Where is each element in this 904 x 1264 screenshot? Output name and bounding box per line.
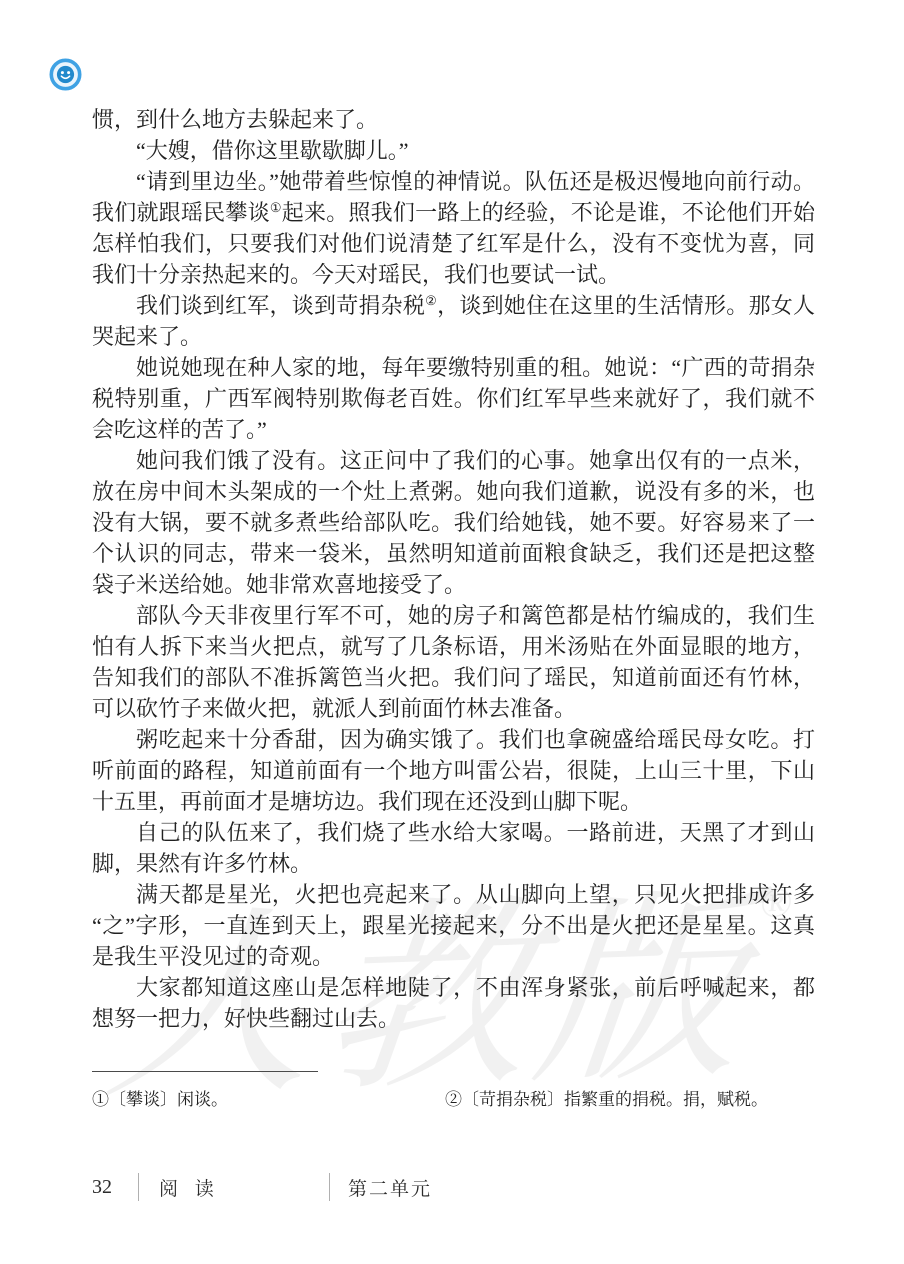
footnotes: ①〔攀谈〕闲谈。 ②〔苛捐杂税〕指繁重的捐税。捐，赋税。 [92, 1088, 815, 1112]
footer-divider-2 [329, 1173, 330, 1201]
paragraph: 大家都知道这座山是怎样地陡了，不由浑身紧张，前后呼喊起来，都想努一把力，好快些翻… [92, 972, 815, 1034]
footer-divider-1 [138, 1173, 139, 1201]
page-number: 32 [92, 1176, 138, 1199]
paragraph: 满天都是星光，火把也亮起来了。从山脚向上望，只见火把排成许多“之”字形，一直连到… [92, 879, 815, 972]
section-label: 阅 读 [159, 1174, 329, 1201]
paragraph: 自己的队伍来了，我们烧了些水给大家喝。一路前进，天黑了才到山脚，果然有许多竹林。 [92, 817, 815, 879]
footnote-ref: ② [425, 293, 437, 308]
paragraph: 粥吃起来十分香甜，因为确实饿了。我们也拿碗盛给瑶民母女吃。打听前面的路程，知道前… [92, 724, 815, 817]
unit-label: 第二单元 [348, 1174, 432, 1201]
footnote-2-text: 〔苛捐杂税〕指繁重的捐税。捐，赋税。 [462, 1090, 768, 1109]
footnote-divider [92, 1071, 318, 1072]
footnote-1-marker: ① [92, 1090, 109, 1109]
textbook-page: 人教版® 惯，到什么地方去躲起来了。“大嫂，借你这里歇歇脚儿。”“请到里边坐。”… [0, 0, 904, 1264]
footnote-1: ①〔攀谈〕闲谈。 [92, 1088, 445, 1112]
footnote-1-text: 〔攀谈〕闲谈。 [109, 1090, 228, 1109]
paragraph: 她问我们饿了没有。这正问中了我们的心事。她拿出仅有的一点米，放在房中间木头架成的… [92, 445, 815, 600]
body-text: 惯，到什么地方去躲起来了。“大嫂，借你这里歇歇脚儿。”“请到里边坐。”她带着些惊… [92, 104, 815, 1034]
paragraph: 我们谈到红军，谈到苛捐杂税②，谈到她住在这里的生活情形。那女人哭起来了。 [92, 290, 815, 352]
paragraph: 部队今天非夜里行军不可，她的房子和篱笆都是枯竹编成的，我们生怕有人拆下来当火把点… [92, 600, 815, 724]
footnote-ref: ① [270, 200, 282, 215]
page-footer: 32 阅 读 第二单元 [92, 1172, 815, 1202]
paragraph: “大嫂，借你这里歇歇脚儿。” [92, 135, 815, 166]
paragraph: 她说她现在种人家的地，每年要缴特别重的租。她说：“广西的苛捐杂税特别重，广西军阀… [92, 352, 815, 445]
smiley-face-icon[interactable] [49, 58, 82, 91]
footnote-2-marker: ② [445, 1090, 462, 1109]
paragraph: “请到里边坐。”她带着些惊惶的神情说。队伍还是极迟慢地向前行动。我们就跟瑶民攀谈… [92, 166, 815, 290]
footnote-2: ②〔苛捐杂税〕指繁重的捐税。捐，赋税。 [445, 1088, 768, 1112]
paragraph: 惯，到什么地方去躲起来了。 [92, 104, 815, 135]
